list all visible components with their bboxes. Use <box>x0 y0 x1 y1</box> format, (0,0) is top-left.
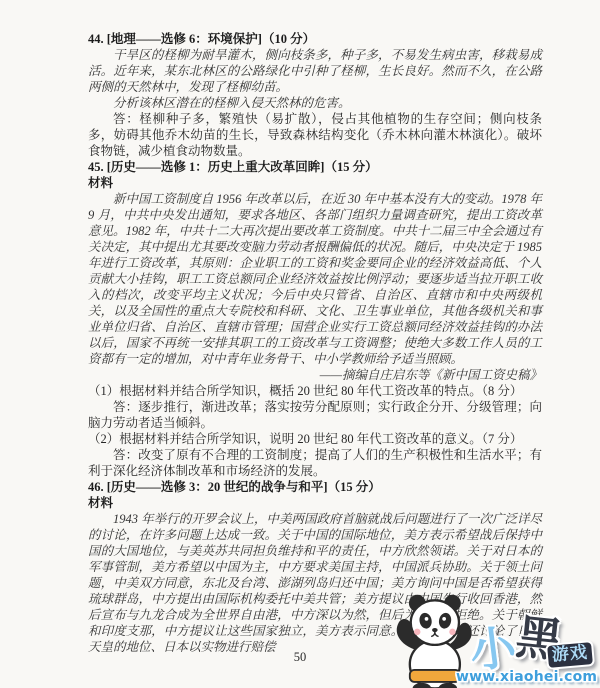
question-45-material: 新中国工资制度自 1956 年改革以后，在近 30 年中基本没有大的变动。197… <box>88 191 542 367</box>
question-46-material-label: 材料 <box>88 495 542 511</box>
exam-content: 44. [地理——选修 6：环境保护]（10 分） 干旱区的柽柳为耐旱灌木，侧向… <box>88 31 542 655</box>
question-44-task: 分析该林区潜在的柽柳入侵天然林的危害。 <box>88 95 542 111</box>
question-45-sub1: （1）根据材料并结合所学知识，概括 20 世纪 80 年代工资改革的特点。（8 … <box>88 383 542 399</box>
question-45-source: ——摘编自庄启东等《新中国工资史稿》 <box>88 367 542 383</box>
watermark-brand-suffix: 游戏 <box>545 640 595 670</box>
question-46-header: 46. [历史——选修 3：20 世纪的战争与和平]（15 分） <box>88 479 542 495</box>
scanned-exam-page: 44. [地理——选修 6：环境保护]（10 分） 干旱区的柽柳为耐旱灌木，侧向… <box>0 0 600 688</box>
watermark-brand-char-xiao: 小 <box>467 623 518 674</box>
xiaohei-watermark: 小 黑 游戏 www.xiaohei.com <box>384 586 600 688</box>
question-44-answer: 答：柽柳种子多，繁殖快（易扩散），侵占其他植物的生存空间；侧向枝条多，妨碍其他乔… <box>88 111 542 159</box>
question-44-header: 44. [地理——选修 6：环境保护]（10 分） <box>88 31 542 47</box>
question-45-material-label: 材料 <box>88 175 542 191</box>
watermark-url: www.xiaohei.com <box>456 669 597 685</box>
question-45-header: 45. [历史——选修 1：历史上重大改革回眸]（15 分） <box>88 159 542 175</box>
question-44-material: 干旱区的柽柳为耐旱灌木，侧向枝条多，种子多，不易发生病虫害，移栽易成活。近年来，… <box>88 47 542 95</box>
question-45-sub2: （2）根据材料并结合所学知识，说明 20 世纪 80 年代工资改革的意义。（7 … <box>88 431 542 447</box>
question-45-answer2: 答：改变了原有不合理的工资制度；提高了人们的生产积极性和生活水平；有利于深化经济… <box>88 447 542 479</box>
question-45-answer1: 答：逐步推行，渐进改革；落实按劳分配原则；实行政企分开、分级管理；向脑力劳动者适… <box>88 399 542 431</box>
